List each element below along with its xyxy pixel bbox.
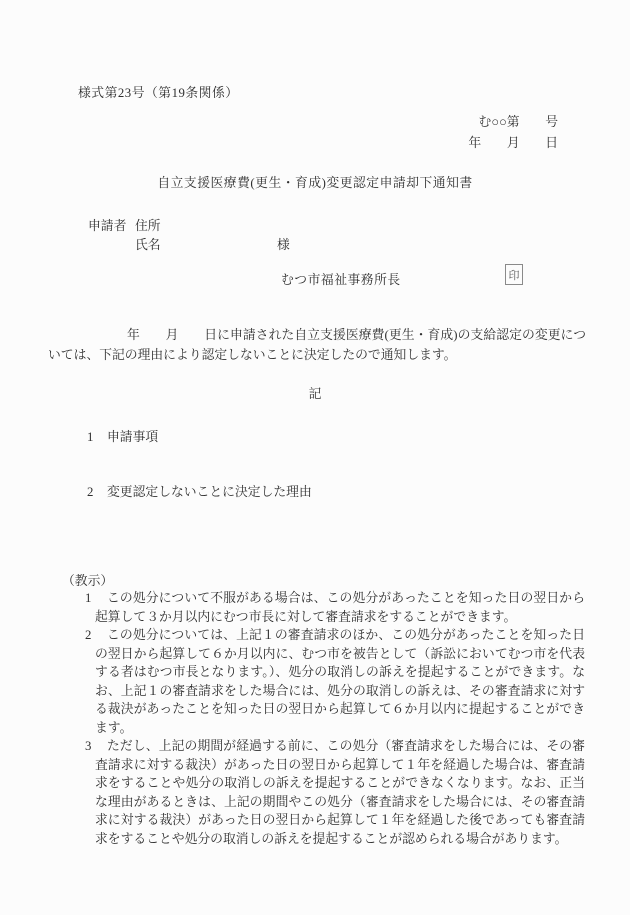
document-page: 様式第23号（第19条関係） む○○第 号 年 月 日 自立支援医療費(更生・育… [0, 0, 630, 915]
kyoji-item-number: 3 [85, 737, 91, 756]
kyoji-item-text: ただし、上記の期間が経過する前に、この処分（審査請求をした場合には、その審査請求… [95, 739, 585, 846]
issuer-name: むつ市福祉事務所長 [281, 269, 401, 288]
seal-character: 印 [509, 267, 520, 283]
kyoji-item-text: この処分については、上記１の審査請求のほか、この処分があったことを知った日の翌日… [95, 628, 585, 735]
ki-marker: 記 [0, 383, 630, 402]
document-title: 自立支援医療費(更生・育成)変更認定申請却下通知書 [0, 172, 630, 191]
list-item-rejection-reason: 2変更認定しないことに決定した理由 [87, 481, 312, 500]
list-item-application-matters: 1申請事項 [87, 426, 158, 445]
list-item-number: 1 [87, 430, 107, 445]
date-line: 年 月 日 [452, 133, 558, 154]
address-label: 住所 [135, 215, 161, 234]
kyoji-item-2: 2この処分については、上記１の審査請求のほか、この処分があったことを知った日の翌… [95, 626, 585, 737]
seal-stamp-box: 印 [505, 264, 523, 285]
notice-body-paragraph: 年 月 日に申請された自立支援医療費(更生・育成)の支給認定の変更については、下… [48, 325, 586, 365]
name-label: 氏名 [135, 234, 161, 253]
doc-number-line: む○○第 号 [452, 112, 558, 133]
reference-block: む○○第 号 年 月 日 [452, 112, 558, 154]
kyoji-item-3: 3ただし、上記の期間が経過する前に、この処分（審査請求をした場合には、その審査請… [95, 737, 585, 848]
kyoji-items: 1この処分について不服がある場合は、この処分があったことを知った日の翌日から起算… [95, 589, 585, 848]
kyoji-item-text: この処分について不服がある場合は、この処分があったことを知った日の翌日から起算し… [95, 591, 585, 624]
kyoji-item-number: 2 [85, 626, 91, 645]
kyoji-item-number: 1 [85, 589, 91, 608]
list-item-number: 2 [87, 485, 107, 500]
form-number: 様式第23号（第19条関係） [78, 82, 239, 101]
honorific-sama: 様 [277, 234, 290, 253]
applicant-label: 申請者 [88, 215, 126, 234]
kyoji-item-1: 1この処分について不服がある場合は、この処分があったことを知った日の翌日から起算… [95, 589, 585, 626]
list-item-label: 変更認定しないことに決定した理由 [107, 485, 312, 499]
list-item-label: 申請事項 [107, 430, 158, 444]
kyoji-heading: （教示） [62, 570, 113, 589]
